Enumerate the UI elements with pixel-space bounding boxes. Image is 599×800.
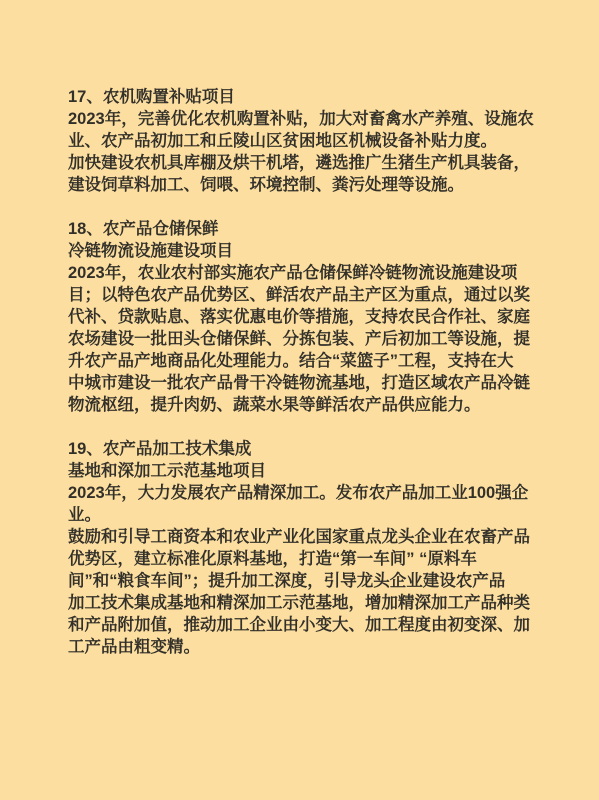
section-19-body: 2023年，大力发展农产品精深加工。发布农产品加工业100强企 业。 鼓励和引导… — [68, 482, 534, 658]
section-18-heading: 18、农产品仓储保鲜 冷链物流设施建设项目 — [68, 218, 534, 262]
section-18-body: 2023年，农业农村部实施农产品仓储保鲜冷链物流设施建设项 目；以特色农产品优势… — [68, 262, 534, 416]
section-19-heading: 19、农产品加工技术集成 基地和深加工示范基地项目 — [68, 438, 534, 482]
section-17-body: 2023年，完善优化农机购置补贴，加大对畜禽水产养殖、设施农 业、农产品初加工和… — [68, 108, 534, 196]
section-17-heading: 17、农机购置补贴项目 — [68, 86, 534, 108]
document-page: 17、农机购置补贴项目 2023年，完善优化农机购置补贴，加大对畜禽水产养殖、设… — [0, 0, 599, 800]
section-18: 18、农产品仓储保鲜 冷链物流设施建设项目 2023年，农业农村部实施农产品仓储… — [68, 218, 535, 416]
section-19: 19、农产品加工技术集成 基地和深加工示范基地项目 2023年，大力发展农产品精… — [68, 438, 535, 658]
section-17: 17、农机购置补贴项目 2023年，完善优化农机购置补贴，加大对畜禽水产养殖、设… — [68, 86, 535, 196]
